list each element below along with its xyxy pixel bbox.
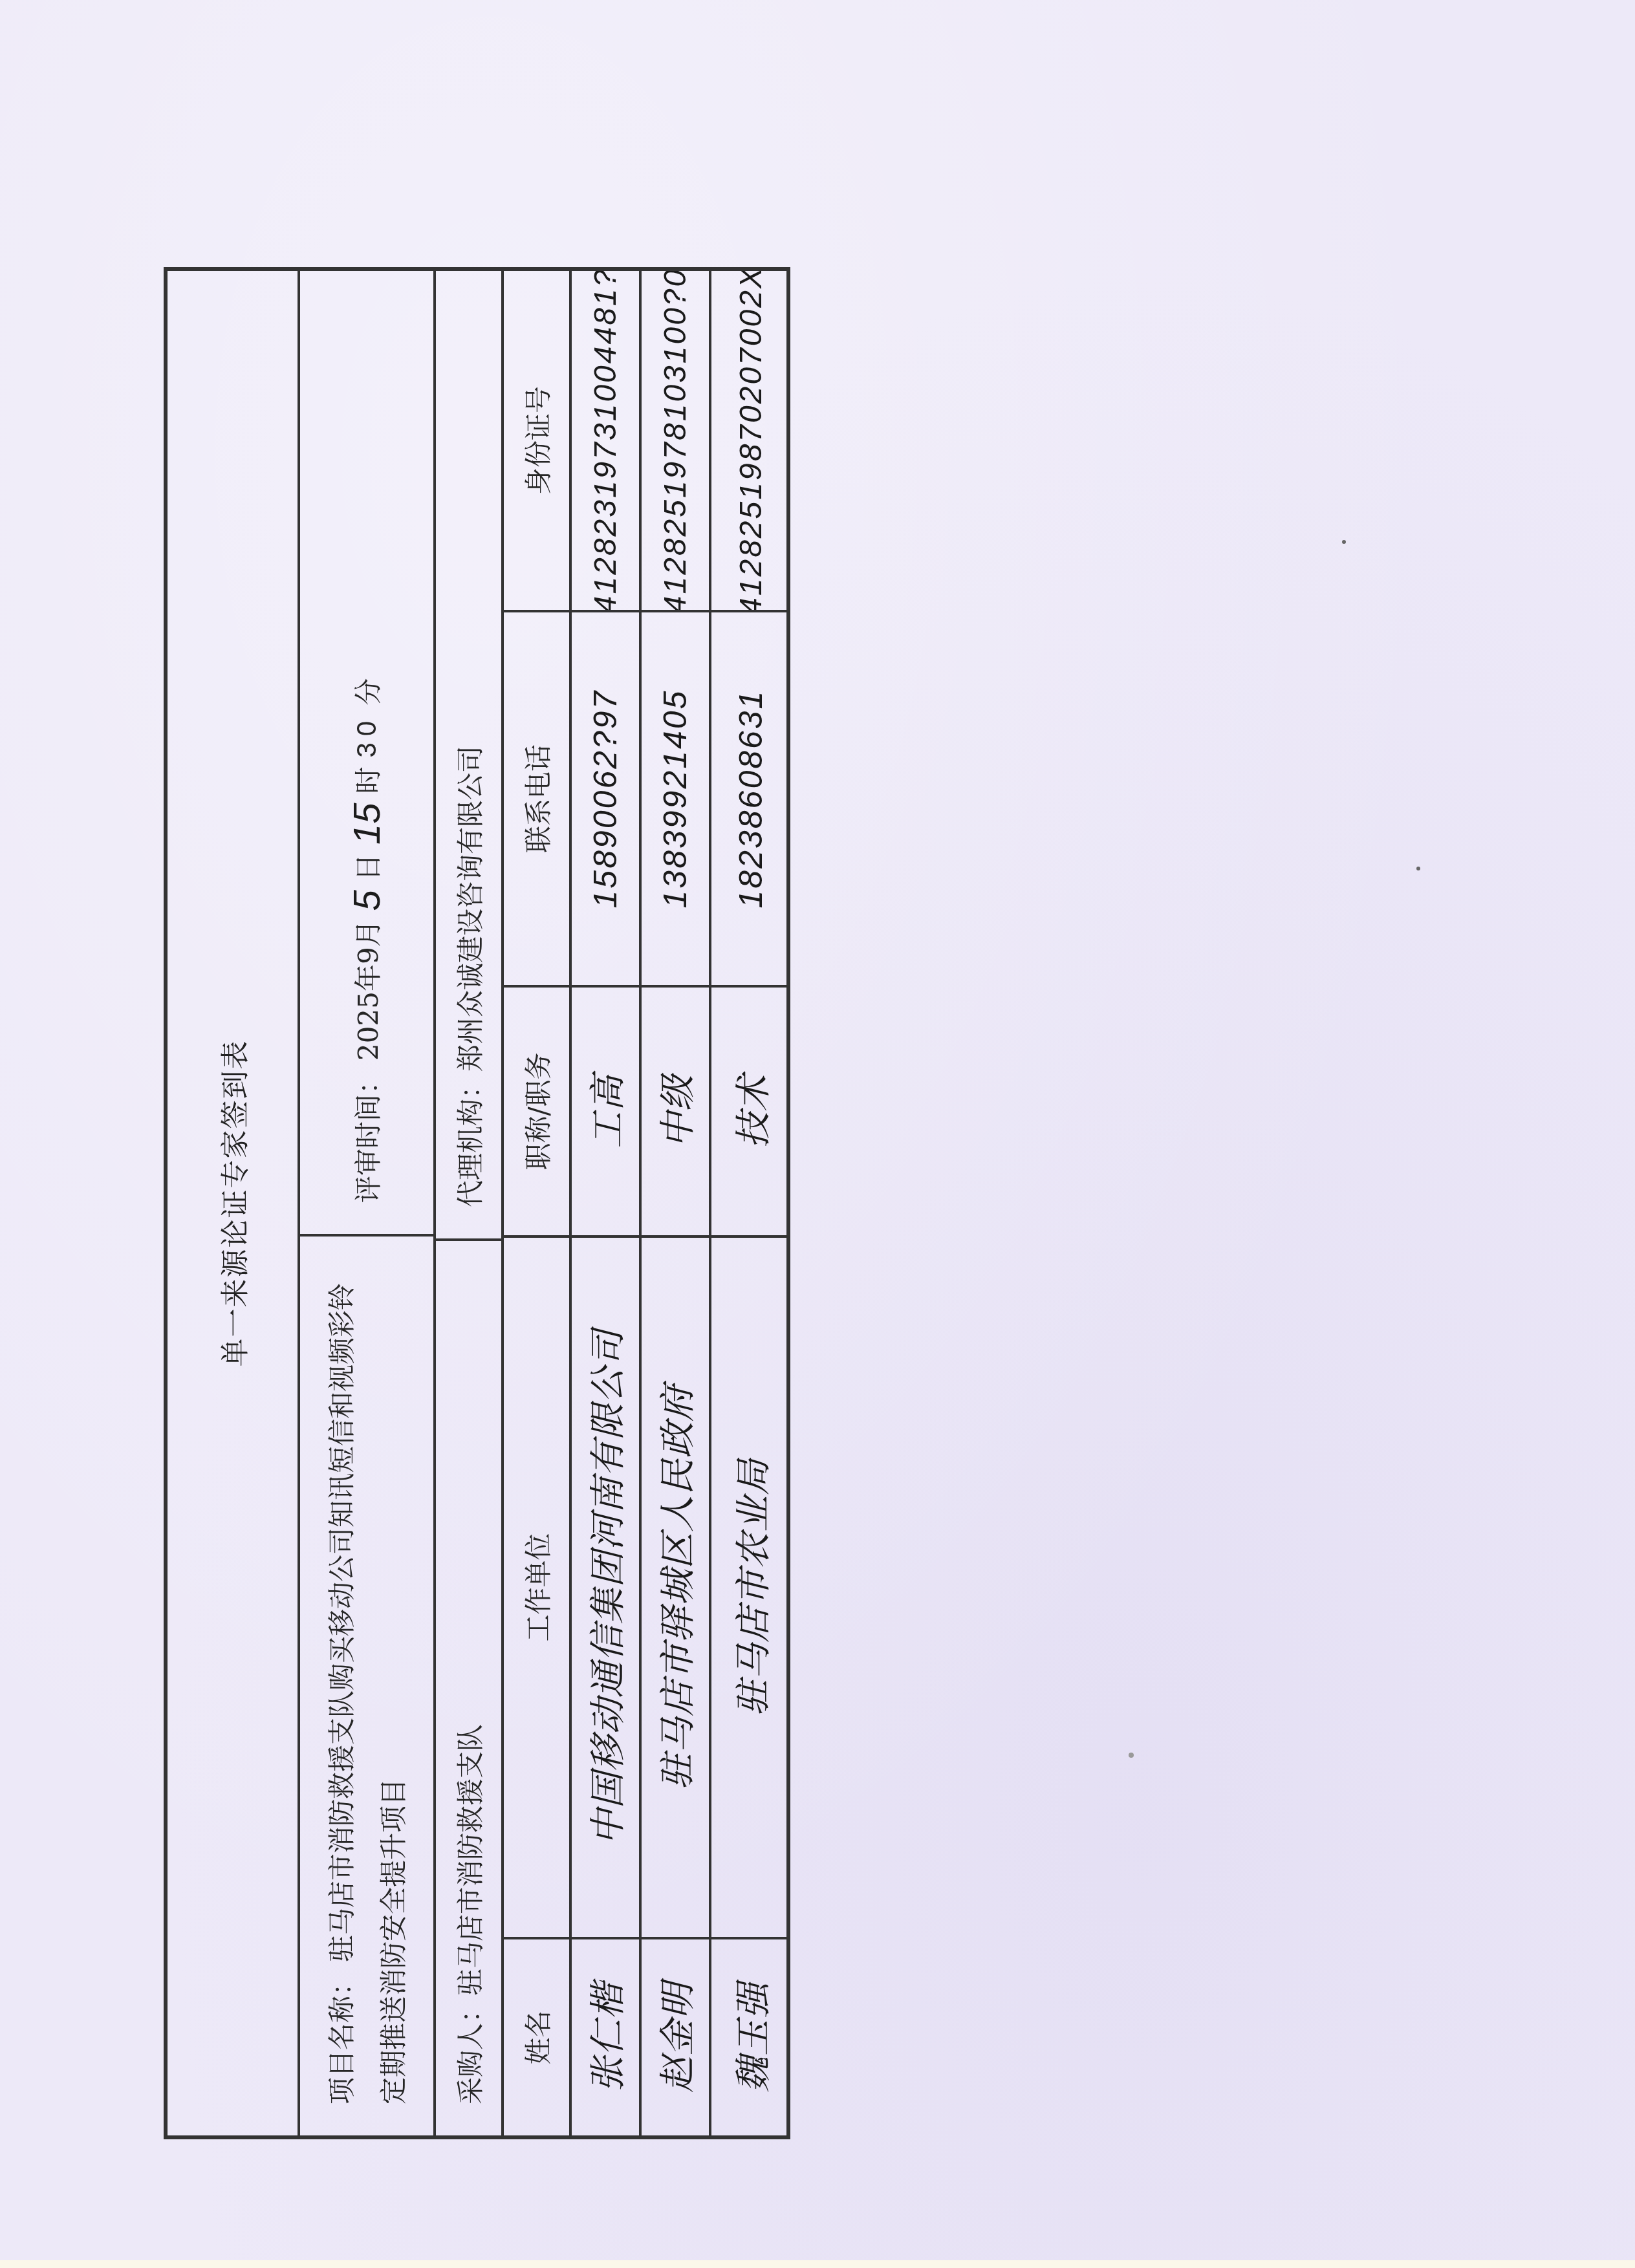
purchaser-cell: 采购人： 驻马店市消防救援支队 bbox=[436, 1241, 501, 2135]
purchaser-label: 采购人： bbox=[449, 1996, 488, 2104]
expert-employer: 驻马店市农业局 bbox=[711, 1238, 790, 1939]
review-time-prefix: 2025年9月 bbox=[347, 920, 386, 1061]
table-row: 魏玉强 驻马店市农业局 技术 18238608631 4128251987020… bbox=[711, 271, 790, 2135]
expert-title: 中级 bbox=[642, 988, 709, 1238]
review-day: 5 bbox=[345, 890, 389, 911]
project-name-label: 项目名称： bbox=[326, 1969, 358, 2104]
table-row: 张仁楷 中国移动通信集团河南有限公司 工高 15890062?97 412823… bbox=[572, 271, 642, 2135]
expert-id-number: 4128251978103100?0 bbox=[642, 271, 709, 612]
agency-label: 代理机构： bbox=[449, 1072, 488, 1207]
review-time-cell: 评审时间： 2025年9月 5 日 15 时 30 分 bbox=[300, 271, 433, 1237]
scan-speck bbox=[1342, 540, 1346, 544]
expert-title: 技术 bbox=[711, 988, 790, 1238]
expert-name: 魏玉强 bbox=[711, 1939, 790, 2135]
expert-employer: 中国移动通信集团河南有限公司 bbox=[572, 1238, 639, 1939]
project-band: 项目名称：驻马店市消防救援支队购买移动公司知讯短信和视频彩铃定期推送消防安全提升… bbox=[300, 271, 436, 2135]
parties-band: 采购人： 驻马店市消防救援支队 代理机构： 郑州众诚建设咨询有限公司 bbox=[436, 271, 504, 2135]
review-minute-unit: 分 bbox=[347, 678, 386, 706]
scan-speck bbox=[1416, 867, 1420, 870]
scan-edge bbox=[0, 2260, 1635, 2268]
title-band: 单一来源论证专家签到表 bbox=[168, 271, 300, 2135]
header-name: 姓名 bbox=[504, 1939, 569, 2135]
expert-id-number: 41282519870207002X bbox=[711, 271, 790, 612]
table-header-row: 姓名 工作单位 职称/职务 联系电话 身份证号 bbox=[504, 271, 572, 2135]
review-hour-unit: 时 bbox=[347, 767, 386, 794]
expert-name: 赵金明 bbox=[642, 1939, 709, 2135]
table-row: 赵金明 驻马店市驿城区人民政府 中级 13839921405 412825197… bbox=[642, 271, 711, 2135]
expert-name: 张仁楷 bbox=[572, 1939, 639, 2135]
purchaser-value: 驻马店市消防救援支队 bbox=[449, 1724, 488, 1996]
scan-speck bbox=[1129, 1753, 1134, 1758]
expert-title: 工高 bbox=[572, 988, 639, 1238]
review-hour: 15 bbox=[345, 803, 389, 845]
expert-employer: 驻马店市驿城区人民政府 bbox=[642, 1238, 709, 1939]
expert-phone: 18238608631 bbox=[711, 612, 790, 988]
expert-phone: 13839921405 bbox=[642, 612, 709, 988]
expert-phone: 15890062?97 bbox=[572, 612, 639, 988]
agency-value: 郑州众诚建设咨询有限公司 bbox=[449, 746, 488, 1072]
form-title: 单一来源论证专家签到表 bbox=[168, 271, 298, 2135]
expert-id-number: 41282319731004481? bbox=[572, 271, 639, 612]
review-time-label: 评审时间： bbox=[347, 1067, 386, 1203]
agency-cell: 代理机构： 郑州众诚建设咨询有限公司 bbox=[436, 271, 501, 1241]
review-minute: 30 bbox=[351, 715, 382, 758]
header-title: 职称/职务 bbox=[504, 988, 569, 1238]
header-id-number: 身份证号 bbox=[504, 271, 569, 612]
project-name-cell: 项目名称：驻马店市消防救援支队购买移动公司知讯短信和视频彩铃定期推送消防安全提升… bbox=[300, 1237, 433, 2135]
header-phone: 联系电话 bbox=[504, 612, 569, 988]
sign-in-form: 单一来源论证专家签到表 项目名称：驻马店市消防救援支队购买移动公司知讯短信和视频… bbox=[164, 267, 790, 2139]
header-employer: 工作单位 bbox=[504, 1238, 569, 1939]
review-day-unit: 日 bbox=[347, 854, 386, 881]
